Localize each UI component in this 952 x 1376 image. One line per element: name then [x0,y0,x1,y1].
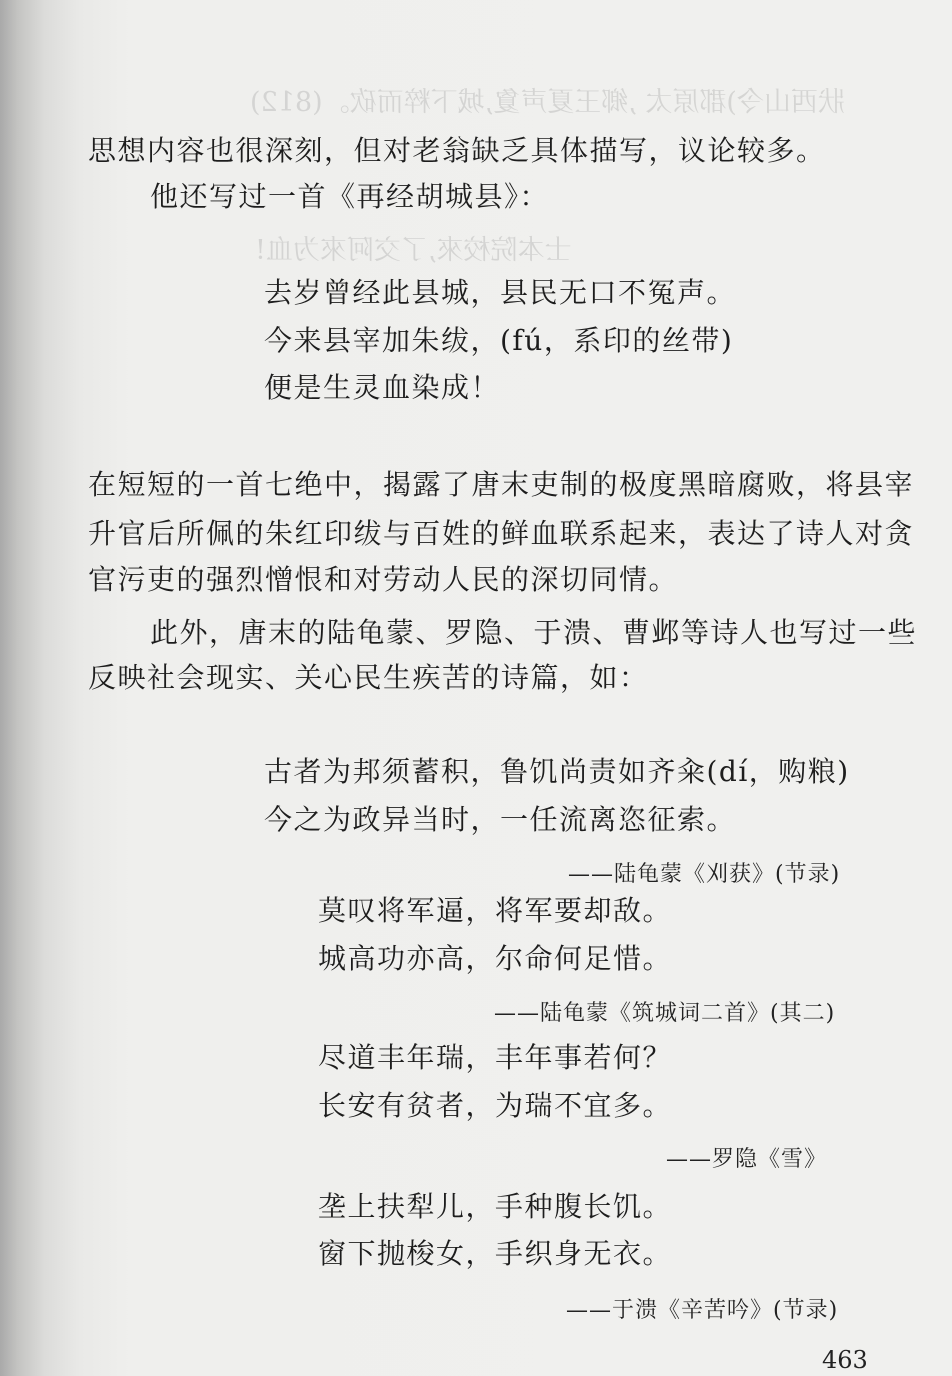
poem-line: 窗下抛梭女，手织身无衣。 [318,1240,672,1268]
bleed-through-text: 狀西山令)郡原太 ,鄉王夏声夐,城下粹而砍。(812) [250,80,845,119]
paragraph-line: 此外，唐末的陆龟蒙、罗隐、于溃、曹邺等诗人也写过一些 [150,619,917,647]
paragraph-line: 思想内容也很深刻，但对老翁缺乏具体描写，议论较多。 [88,137,826,165]
poem-line: 莫叹将军逼，将军要却敌。 [318,897,672,925]
paragraph-line: 在短短的一首七绝中，揭露了唐末吏制的极度黑暗腐败，将县宰 [88,471,914,499]
poem-line: 城高功亦高，尔命何足惜。 [318,945,672,973]
poem-attribution: ——陆龟蒙《筑城词二首》(其二) [494,996,835,1027]
poem-line: 垄上扶犁儿，手种腹长饥。 [318,1193,672,1221]
poem-line: 尽道丰年瑞，丰年事若何？ [318,1044,672,1072]
poem-attribution: ——罗隐《雪》 [666,1142,827,1173]
poem-line: 今来县宰加朱绂，(fú，系印的丝带) [264,327,733,355]
poem-attribution: ——陆龟蒙《刈获》(节录) [568,857,840,888]
poem-attribution: ——于溃《辛苦吟》(节录) [566,1293,838,1324]
poem-line: 古者为邦须蓄积，鲁饥尚责如齐籴(dí，购粮) [264,758,850,786]
paragraph-line: 官污吏的强烈憎恨和对劳动人民的深切同情。 [88,566,678,594]
bleed-through-text: 士本院校來,了交阿來为血! [255,228,571,267]
poem-line: 长安有贫者，为瑞不宜多。 [318,1092,672,1120]
book-page: 狀西山令)郡原太 ,鄉王夏声夐,城下粹而砍。(812) 士本院校來,了交阿來为血… [0,0,952,1376]
poem-line: 今之为政异当时，一任流离恣征索。 [264,806,736,834]
paragraph-line: 反映社会现实、关心民生疾苦的诗篇，如： [88,664,649,692]
paragraph-line: 升官后所佩的朱红印绂与百姓的鲜血联系起来，表达了诗人对贪 [88,520,914,548]
poem-line: 去岁曾经此县城，县民无口不冤声。 [264,279,736,307]
page-number: 463 [822,1346,868,1374]
poem-line: 便是生灵血染成！ [264,374,500,402]
paragraph-line: 他还写过一首《再经胡城县》： [150,183,549,211]
